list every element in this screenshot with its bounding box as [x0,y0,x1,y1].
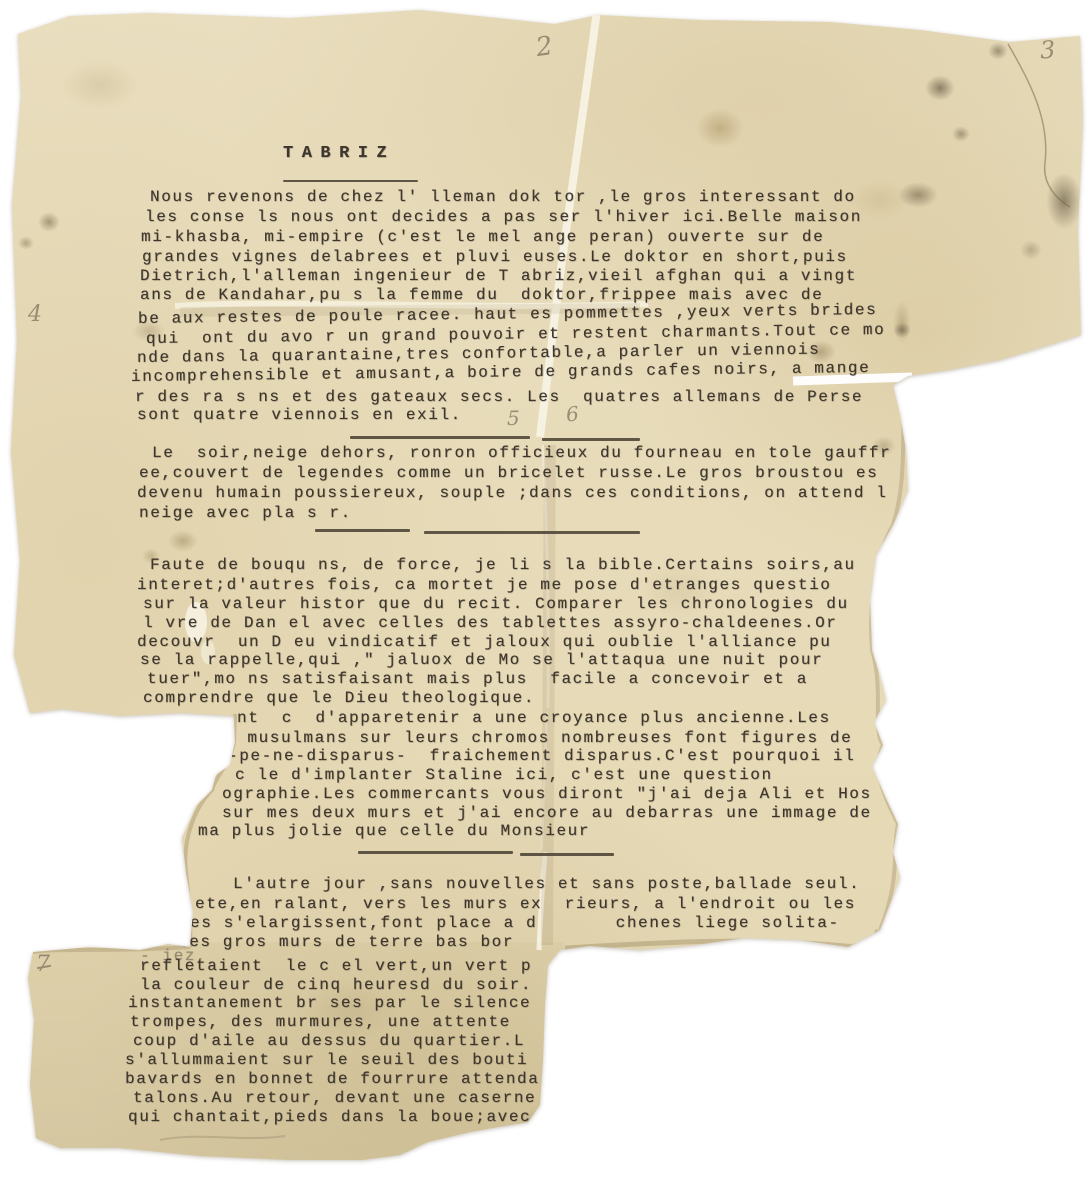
typewritten-line: s'allummaient sur le seuil des bouti [125,1052,528,1068]
typed-divider [315,529,410,532]
typewritten-line: r des ra s ns et des gateaux secs. Les q… [135,389,863,405]
stain [696,108,744,148]
typewritten-line: les conse ls nous ont decides a pas ser … [145,209,862,225]
stain [38,212,60,232]
stain [18,236,34,250]
typewritten-line: ete,en ralant, vers les murs ex rieurs, … [195,896,856,912]
paper-surface: TABRIZ Nous revenons de chez l' lleman d… [0,0,1086,1200]
stain [168,530,198,552]
typed-divider [424,531,640,534]
typewritten-line: sur mes deux murs et j'ai encore au deba… [222,805,872,821]
typed-divider [520,853,614,856]
typewritten-line: ma plus jolie que celle du Monsieur [198,823,590,839]
handwritten-page-number: 3 [1039,37,1056,62]
typewritten-line: Nous revenons de chez l' lleman dok tor … [150,189,856,205]
handwritten-page-number: 4 [28,304,42,326]
ink-blot [893,322,911,338]
typewritten-line: decouvr un D eu vindicatif et jaloux qui… [137,634,832,650]
typewritten-line: tuer",mo ns satisfaisant mais plus facil… [147,671,808,687]
typewritten-line: -pe-ne-disparus- fraichement disparus.C'… [228,748,855,764]
typed-divider [350,436,530,439]
typewritten-line: ans de Kandahar,pu s la femme du doktor,… [140,287,823,303]
stain [893,300,911,344]
typed-divider [358,851,513,854]
handwritten-page-number: 5 [507,408,520,428]
typewritten-line: la couleur de cinq heuresd du soir. [140,977,532,993]
ink-blot [898,182,938,208]
typewritten-line: Le soir,neige dehors, ronron officieux d… [152,445,891,461]
typewritten-line: refletaient le c el vert,un vert p [140,958,532,974]
typewritten-line: bavards en bonnet de fourrure attenda [125,1071,539,1087]
typed-divider [542,438,640,441]
typewritten-line: sur la valeur histor que du recit. Compa… [143,596,849,612]
typewritten-line: grandes vignes delabrees et pluvi euses.… [142,249,848,265]
typewritten-line: instantanement br ses par le silence [128,995,531,1011]
typewritten-line: nt c d'apparetenir a une croyance plus a… [237,710,831,726]
typewritten-line: interet;d'autres fois, ca mortet je me p… [137,577,832,593]
handwritten-page-number: 7 [36,954,50,976]
typewritten-line: qui chantait,pieds dans la boue;avec [128,1109,531,1125]
stain [988,42,1008,60]
typewritten-line: ee,couvert de legendes comme un bricelet… [139,465,878,481]
typewritten-line: l vre de Dan el avec celles des tablette… [143,615,838,631]
typewritten-line: sont quatre viennois en exil. [137,407,462,423]
typewritten-line: coup d'aile au dessus du quartier.L [133,1033,525,1049]
handwritten-page-number: 2 [534,33,554,61]
title-underline [283,180,418,182]
stain [952,126,970,142]
typewritten-line: es s'elargissent,font place a d chenes l… [190,915,840,931]
stain [1020,240,1042,260]
typewritten-line: s musulmans sur leurs chromos nombreuses… [225,730,852,746]
stain [60,60,140,110]
typewritten-line: c le d'implanter Staline ici, c'est une … [235,767,773,783]
typewritten-line: trompes, des murmures, une attente [130,1014,511,1030]
typewritten-line: L'autre jour ,sans nouvelles et sans pos… [233,876,860,892]
typewritten-line: devenu humain poussiereux, souple ;dans … [137,485,888,501]
typewritten-line: talons.Au retour, devant une caserne [133,1090,536,1106]
typewritten-line: les gros murs de terre bas bor [178,934,514,950]
typewritten-line: mi-khasba, mi-empire (c'est le mel ange … [141,229,824,245]
typewritten-line: neige avec pla s r. [139,505,352,521]
typewritten-line: se la rappelle,qui ," jaluox de Mo se l'… [140,652,823,668]
scanned-document-page: TABRIZ Nous revenons de chez l' lleman d… [0,0,1086,1200]
stain [1046,172,1082,230]
document-title: TABRIZ [283,144,395,163]
handwritten-page-number: 6 [565,403,580,424]
torn-paper-sheet: TABRIZ Nous revenons de chez l' lleman d… [0,0,1086,1200]
typewritten-line: comprendre que le Dieu theologique. [143,690,535,706]
stain [925,75,955,101]
typewritten-line: ographie.Les commercants vous diront "j'… [222,786,872,802]
typewritten-line: Faute de bouqu ns, de force, je li s la … [150,557,856,573]
typewritten-line: Dietrich,l'alleman ingenieur de T abriz,… [140,268,857,284]
